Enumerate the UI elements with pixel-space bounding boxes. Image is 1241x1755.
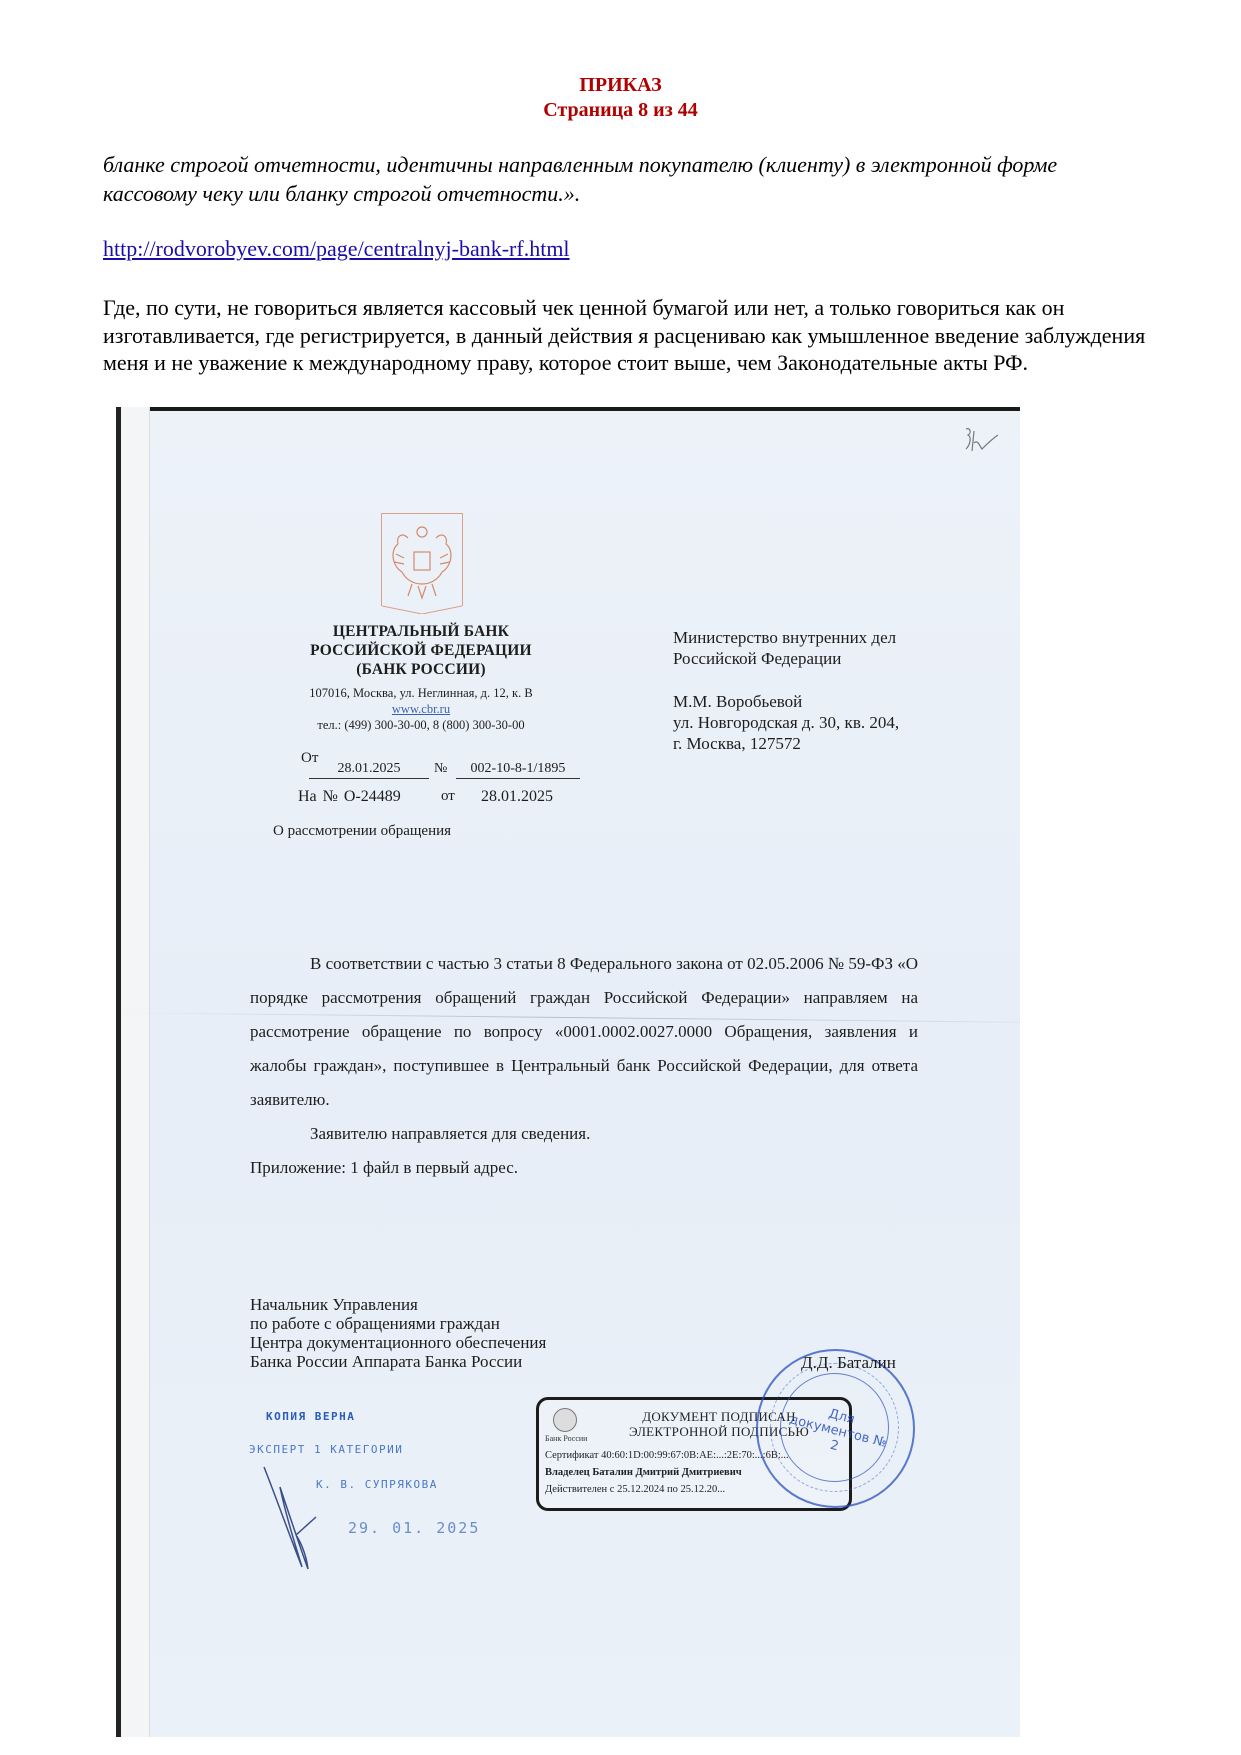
signatory-line3: Центра документационного обеспечения [250, 1333, 546, 1352]
signatory-title: Начальник Управления по работе с обращен… [250, 1295, 546, 1371]
signatory-line2: по работе с обращениями граждан [250, 1314, 546, 1333]
coat-of-arms-emblem [381, 513, 463, 606]
recipient-line1: Министерство внутренних дел [673, 627, 899, 648]
sender-phones: тел.: (499) 300-30-00, 8 (800) 300-30-00 [266, 717, 576, 733]
reply-to-from-label: от [441, 788, 455, 805]
signatory-line4: Банка России Аппарата Банка России [250, 1352, 546, 1371]
recipient-street: ул. Новгородская д. 30, кв. 204, [673, 712, 899, 733]
signatory-name: Д.Д. Баталин [801, 1353, 896, 1373]
scan-margin-strip [121, 407, 150, 1737]
letter-body: В соответствии с частью 3 статьи 8 Федер… [250, 947, 918, 1185]
page-indicator: Страница 8 из 44 [0, 99, 1241, 122]
corner-handwritten-mark [956, 425, 1006, 470]
recipient-city: г. Москва, 127572 [673, 733, 899, 754]
double-headed-eagle-icon [382, 514, 462, 614]
bank-logo-icon [553, 1408, 577, 1432]
signature-scrawl-icon [256, 1457, 336, 1577]
document-title: ПРИКАЗ [0, 74, 1241, 97]
copy-verified-stamp: КОПИЯ ВЕРНА [266, 1410, 355, 1423]
sender-bank-name: ЦЕНТРАЛЬНЫЙ БАНК РОССИЙСКОЙ ФЕДЕРАЦИИ (Б… [276, 622, 566, 679]
source-link[interactable]: http://rodvorobyev.com/page/centralnyj-b… [103, 236, 570, 262]
esign-owner: Владелец Баталин Дмитрий Дмитриевич [545, 1467, 742, 1478]
stamp-date: 29. 01. 2025 [348, 1519, 480, 1537]
sender-address: 107016, Москва, ул. Неглинная, д. 12, к.… [266, 685, 576, 701]
intro-quote: бланке строгой отчетности, идентичны нап… [103, 150, 1143, 208]
outgoing-number: 002-10-8-1/1895 [456, 761, 580, 779]
esign-validity: Действителен с 25.12.2024 по 25.12.20... [545, 1484, 725, 1495]
outgoing-number-sign: № [434, 761, 447, 777]
sender-website: www.cbr.ru [266, 701, 576, 717]
recipient-name: М.М. Воробьевой [673, 691, 899, 712]
bank-name-line3: (БАНК РОССИИ) [276, 660, 566, 679]
recipient-line2: Российской Федерации [673, 648, 899, 669]
commentary-paragraph: Где, по сути, не говориться является кас… [103, 294, 1148, 377]
body-paragraph-1: В соответствии с частью 3 статьи 8 Федер… [250, 954, 918, 1109]
letter-subject: О рассмотрении обращения [273, 823, 451, 840]
signatory-line1: Начальник Управления [250, 1295, 546, 1314]
esign-certificate: Сертификат 40:60:1D:00:99:67:0B:AE:...:2… [545, 1450, 789, 1461]
body-paragraph-2: Заявителю направляется для сведения. [310, 1124, 590, 1143]
stamp-expert-title: ЭКСПЕРТ 1 КАТЕГОРИИ [249, 1443, 403, 1456]
scan-border-top [116, 407, 1020, 411]
bank-name-line2: РОССИЙСКОЙ ФЕДЕРАЦИИ [276, 641, 566, 660]
handwriting-icon [956, 425, 1006, 465]
logo-caption: Банк России [545, 1434, 587, 1443]
handwritten-signature [256, 1457, 336, 1582]
outgoing-date: 28.01.2025 [309, 761, 429, 779]
reply-to-number: На № О-24489 [298, 788, 401, 806]
recipient-block: Министерство внутренних дел Российской Ф… [673, 627, 899, 754]
attachment-note: Приложение: 1 файл в первый адрес. [250, 1151, 918, 1185]
reply-to-date: 28.01.2025 [481, 788, 553, 806]
sender-contacts: 107016, Москва, ул. Неглинная, д. 12, к.… [266, 685, 576, 733]
bank-name-line1: ЦЕНТРАЛЬНЫЙ БАНК [276, 622, 566, 641]
scanned-letter: ЦЕНТРАЛЬНЫЙ БАНК РОССИЙСКОЙ ФЕДЕРАЦИИ (Б… [116, 407, 1020, 1737]
